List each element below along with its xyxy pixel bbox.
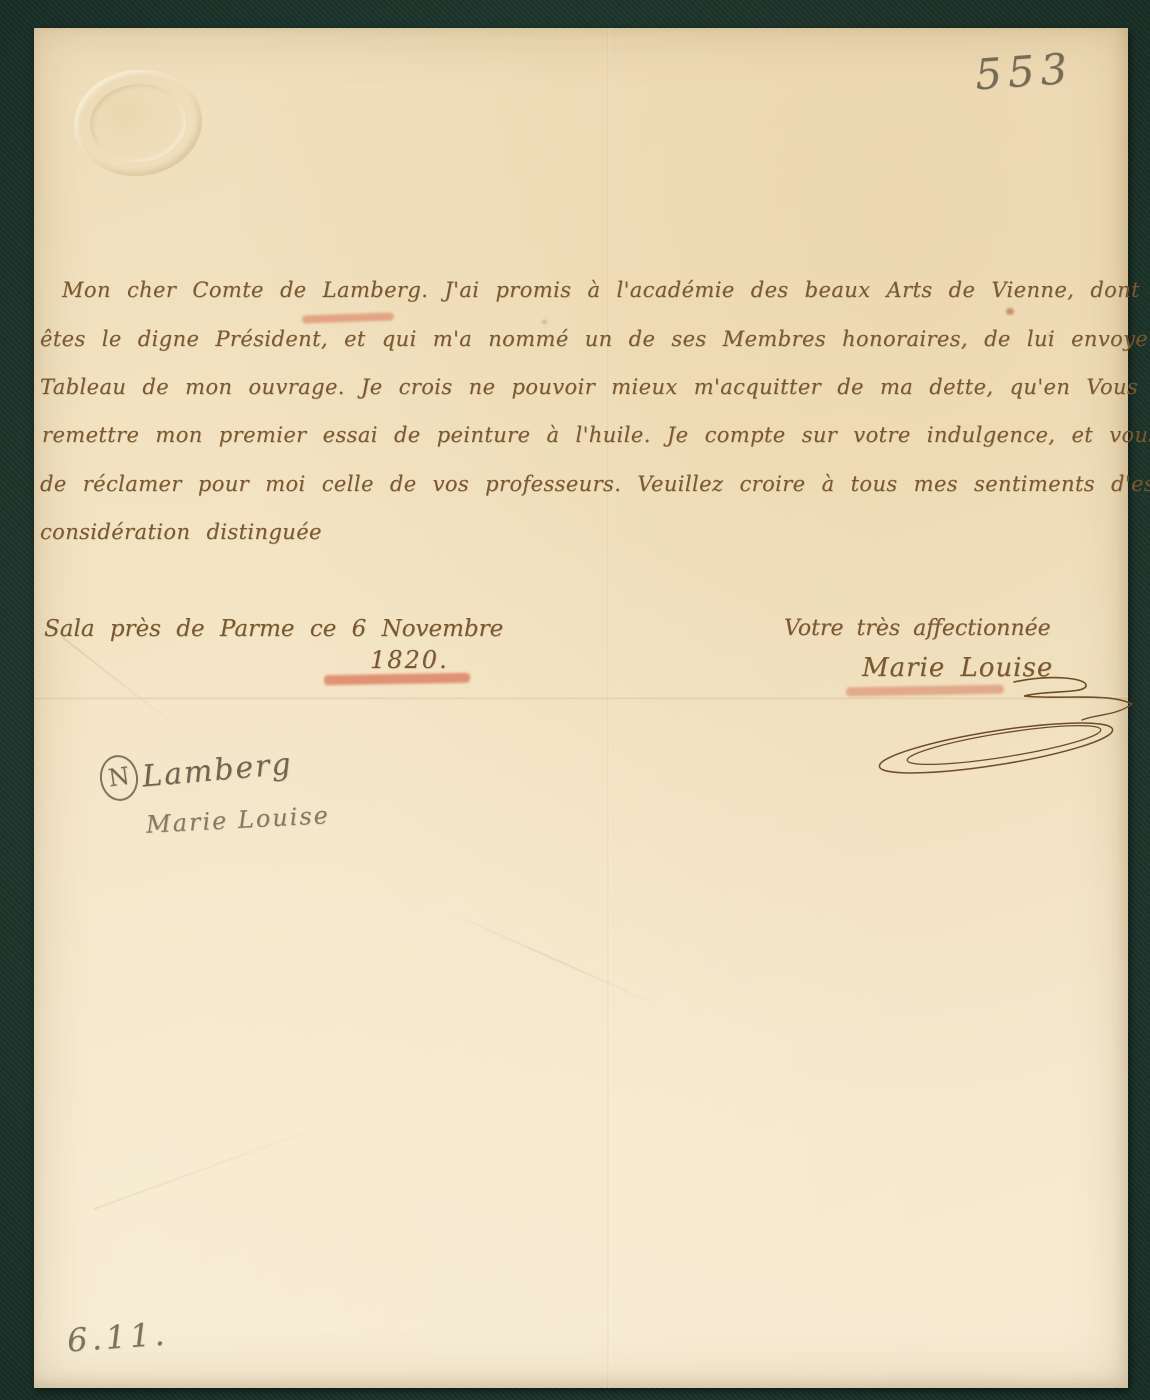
dateline-place: Sala près de Parme ce 6 Novembre <box>44 616 503 642</box>
diagonal-crease <box>94 1105 377 1209</box>
diagonal-crease <box>444 909 664 1008</box>
red-chalk-underline-lamberg <box>302 312 394 323</box>
letter-line: Tableau de mon ouvrage. Je crois ne pouv… <box>40 375 1150 399</box>
pencil-annotation-name: Marie Louise <box>145 801 330 839</box>
diagonal-crease <box>61 636 180 730</box>
signature-flourish <box>846 676 1136 786</box>
ink-stain <box>542 320 547 324</box>
scanner-background: 553 Mon cher Comte de Lamberg. J'ai prom… <box>0 0 1150 1400</box>
vertical-fold-crease <box>607 28 610 1388</box>
embossed-seal-icon <box>69 64 207 183</box>
dateline-year: 1820. <box>370 646 449 674</box>
ink-stain <box>1006 308 1014 315</box>
archival-number: 553 <box>973 44 1074 100</box>
circled-letter-annotation: N <box>97 753 141 804</box>
pencil-annotation-name: Lamberg <box>141 746 294 794</box>
letter-line: êtes le digne Président, et qui m'a nomm… <box>40 327 1150 351</box>
letter-line: considération distinguée <box>40 520 322 544</box>
letter-paper: 553 Mon cher Comte de Lamberg. J'ai prom… <box>34 28 1128 1388</box>
closing-line: Votre très affectionnée <box>784 616 1051 641</box>
letter-line: remettre mon premier essai de peinture à… <box>42 423 1150 447</box>
letter-line: de réclamer pour moi celle de vos profes… <box>40 472 1150 496</box>
letter-line: Mon cher Comte de Lamberg. J'ai promis à… <box>62 278 1150 302</box>
red-chalk-underline-date <box>324 673 470 686</box>
bottom-pencil-annotation: 6.11. <box>66 1315 170 1360</box>
